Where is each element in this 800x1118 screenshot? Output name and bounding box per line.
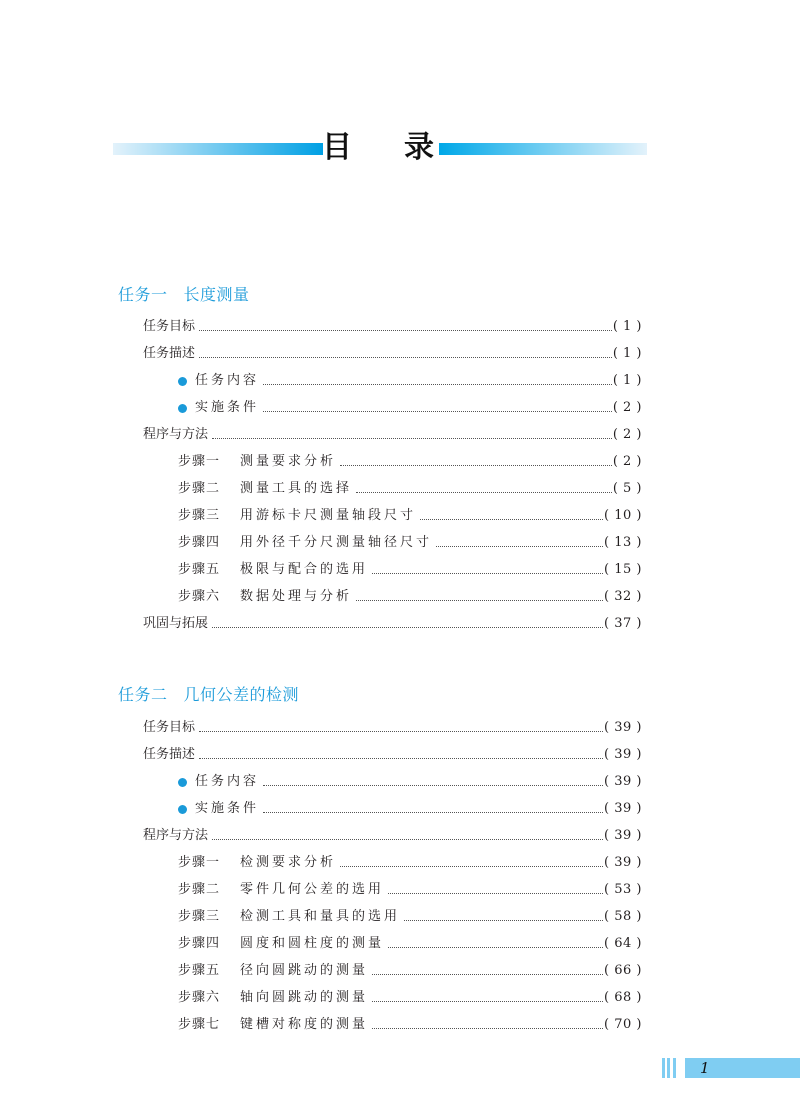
toc-entry[interactable]: 步骤四圆度和圆柱度的测量( 64 ) — [178, 933, 642, 953]
toc-entry[interactable]: 步骤六轴向圆跳动的测量( 68 ) — [178, 987, 642, 1007]
toc-title-row: 目 录 — [0, 128, 800, 172]
bullet-icon — [178, 404, 187, 413]
toc-entry[interactable]: 步骤五径向圆跳动的测量( 66 ) — [178, 960, 642, 980]
title-char-2: 录 — [404, 130, 434, 166]
leader-dots — [199, 731, 603, 732]
toc-entry[interactable]: 任务目标( 1 ) — [143, 316, 642, 336]
footer-stripe — [673, 1058, 676, 1078]
toc-entry[interactable]: 步骤一测量要求分析( 2 ) — [178, 451, 642, 471]
leader-dots — [356, 600, 603, 601]
bullet-icon — [178, 805, 187, 814]
toc-entry[interactable]: 步骤三用游标卡尺测量轴段尺寸( 10 ) — [178, 505, 642, 525]
leader-dots — [356, 492, 612, 493]
toc-entry[interactable]: 实施条件( 39 ) — [178, 798, 642, 818]
section-number: 任务一 — [118, 285, 168, 304]
leader-dots — [340, 465, 612, 466]
leader-dots — [263, 785, 603, 786]
toc-entry[interactable]: 程序与方法( 39 ) — [143, 825, 642, 845]
toc-entry[interactable]: 步骤二测量工具的选择( 5 ) — [178, 478, 642, 498]
leader-dots — [372, 1028, 603, 1029]
section-number: 任务二 — [118, 685, 168, 704]
toc-entry[interactable]: 任务描述( 39 ) — [143, 744, 642, 764]
leader-dots — [212, 438, 612, 439]
toc-entry[interactable]: 步骤六数据处理与分析( 32 ) — [178, 586, 642, 606]
toc-entry[interactable]: 巩固与拓展( 37 ) — [143, 613, 642, 633]
toc-entry[interactable]: 任务描述( 1 ) — [143, 343, 642, 363]
toc-entry[interactable]: 任务内容( 1 ) — [178, 370, 642, 390]
title-char-1: 目 — [322, 130, 352, 166]
leader-dots — [404, 920, 603, 921]
leader-dots — [263, 384, 612, 385]
footer-stripe — [667, 1058, 670, 1078]
page-number: 1 — [700, 1058, 710, 1078]
toc-entry[interactable]: 任务目标( 39 ) — [143, 717, 642, 737]
section-heading-2[interactable]: 任务二几何公差的检测 — [118, 682, 299, 705]
title-bar-right — [439, 143, 647, 155]
leader-dots — [420, 519, 603, 520]
leader-dots — [263, 812, 603, 813]
toc-entry[interactable]: 程序与方法( 2 ) — [143, 424, 642, 444]
title-bar-left — [113, 143, 323, 155]
footer-stripe — [662, 1058, 665, 1078]
leader-dots — [436, 546, 603, 547]
toc-entry[interactable]: 步骤一检测要求分析( 39 ) — [178, 852, 642, 872]
toc-entry[interactable]: 步骤七键槽对称度的测量( 70 ) — [178, 1014, 642, 1034]
section-title: 长度测量 — [184, 285, 250, 304]
section-heading-1[interactable]: 任务一长度测量 — [118, 282, 250, 305]
leader-dots — [388, 893, 603, 894]
toc-entry[interactable]: 步骤五极限与配合的选用( 15 ) — [178, 559, 642, 579]
leader-dots — [199, 357, 612, 358]
page-footer: 1 — [0, 1058, 800, 1078]
leader-dots — [212, 839, 603, 840]
leader-dots — [388, 947, 603, 948]
leader-dots — [372, 573, 603, 574]
page-number-bar: 1 — [685, 1058, 800, 1078]
bullet-icon — [178, 377, 187, 386]
leader-dots — [372, 1001, 603, 1002]
bullet-icon — [178, 778, 187, 787]
toc-entry[interactable]: 步骤三检测工具和量具的选用( 58 ) — [178, 906, 642, 926]
leader-dots — [340, 866, 603, 867]
leader-dots — [212, 627, 603, 628]
toc-entry[interactable]: 实施条件( 2 ) — [178, 397, 642, 417]
leader-dots — [263, 411, 612, 412]
toc-entry[interactable]: 步骤二零件几何公差的选用( 53 ) — [178, 879, 642, 899]
toc-entry[interactable]: 步骤四用外径千分尺测量轴径尺寸( 13 ) — [178, 532, 642, 552]
leader-dots — [199, 330, 612, 331]
section-title: 几何公差的检测 — [184, 685, 300, 704]
leader-dots — [199, 758, 603, 759]
toc-entry[interactable]: 任务内容( 39 ) — [178, 771, 642, 791]
leader-dots — [372, 974, 603, 975]
